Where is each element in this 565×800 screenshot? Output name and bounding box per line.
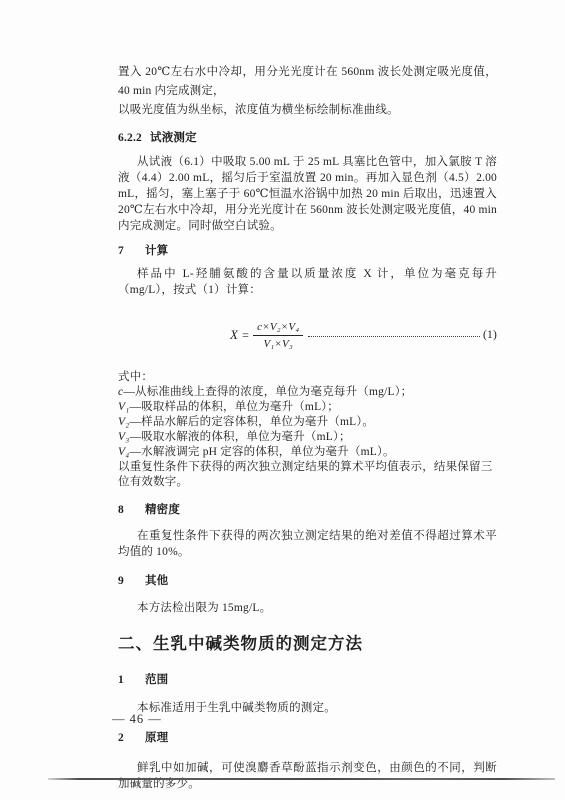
variable-term: V₁ <box>118 401 129 413</box>
heading-7: 7计算 <box>118 243 497 259</box>
continuation-line-2: 以吸光度值为纵坐标，浓度值为横坐标绘制标准曲线。 <box>118 101 497 120</box>
heading-9: 9其他 <box>118 573 497 589</box>
document-content: 置入 20℃左右水中冷却，用分光光度计在 560nm 波长处测定吸光度值，40 … <box>118 63 497 792</box>
variable-term: V₃ <box>118 431 129 443</box>
heading-number: 2 <box>118 730 124 746</box>
heading-title: 计算 <box>145 245 168 257</box>
variable-term: V₄ <box>118 446 129 458</box>
variable-line: V₄—水解液调完 pH 定容的体积，单位为毫升（mL）。 <box>118 445 497 460</box>
variable-line: V₁—吸取样品的体积，单位为毫升（mL）； <box>118 400 497 415</box>
variable-desc: —样品水解后的定容体积，单位为毫升（mL）。 <box>129 416 374 428</box>
variable-line: V₂—样品水解后的定容体积，单位为毫升（mL）。 <box>118 415 497 430</box>
paragraph-9: 本方法检出限为 15mg/L。 <box>118 600 497 616</box>
paragraph-6-2-2: 从试液（6.1）中吸取 5.00 mL 于 25 mL 具塞比色管中，加入氯胺 … <box>118 154 497 234</box>
paragraph-8: 在重复性条件下获得的两次独立测定结果的绝对差值不得超过算术平均值的 10%。 <box>118 528 497 560</box>
heading-title: 原理 <box>145 732 168 744</box>
heading-number: 9 <box>118 573 124 589</box>
page-number: — 46 — <box>112 712 162 727</box>
continuation-line-1: 置入 20℃左右水中冷却，用分光光度计在 560nm 波长处测定吸光度值，40 … <box>118 63 497 101</box>
formula-equals: = <box>242 327 249 343</box>
part-2-title: 二、生乳中碱类物质的测定方法 <box>118 632 497 656</box>
heading-part2-2: 2原理 <box>118 730 497 746</box>
variable-desc: —水解液调完 pH 定容的体积，单位为毫升（mL）。 <box>129 446 394 458</box>
variable-line: c—从标准曲线上查得的浓度，单位为毫克每升（mg/L）； <box>118 385 497 400</box>
variable-desc: —吸取水解液的体积，单位为毫升（mL）； <box>129 431 350 443</box>
result-note: 以重复性条件下获得的两次独立测定结果的算术平均值表示，结果保留三位有效数字。 <box>118 460 497 490</box>
dotted-leader <box>308 336 480 337</box>
heading-part2-1: 1范围 <box>118 672 497 688</box>
formula-1: X = c×V₂×V₄ V₁×V₃ (1) <box>118 316 497 354</box>
variable-desc: —吸取样品的体积，单位为毫升（mL）； <box>129 401 339 413</box>
heading-title: 试液测定 <box>150 132 197 144</box>
variable-desc: —从标准曲线上查得的浓度，单位为毫克每升（mg/L）； <box>123 386 412 398</box>
heading-number: 7 <box>118 243 124 259</box>
scan-artifact-line <box>48 778 555 780</box>
heading-number: 6.2.2 <box>118 130 142 146</box>
where-label: 式中： <box>118 370 497 385</box>
formula-denominator: V₁×V₃ <box>253 336 303 351</box>
formula-fraction: c×V₂×V₄ V₁×V₃ <box>253 320 303 351</box>
heading-8: 8精密度 <box>118 502 497 518</box>
paragraph-7: 样品中 L-羟脯氨酸的含量以质量浓度 X 计，单位为毫克每升（mg/L），按式（… <box>118 266 497 298</box>
variable-term: V₂ <box>118 416 129 428</box>
heading-number: 8 <box>118 502 124 518</box>
heading-title: 其他 <box>145 575 168 587</box>
heading-title: 范围 <box>145 674 168 686</box>
scanned-document-page: 置入 20℃左右水中冷却，用分光光度计在 560nm 波长处测定吸光度值，40 … <box>0 0 565 800</box>
formula-number: (1) <box>483 327 497 343</box>
formula-numerator: c×V₂×V₄ <box>253 320 303 336</box>
formula-legend: 式中： c—从标准曲线上查得的浓度，单位为毫克每升（mg/L）； V₁—吸取样品… <box>118 370 497 490</box>
paragraph-part2-1: 本标准适用于生乳中碱类物质的测定。 <box>118 700 497 716</box>
heading-title: 精密度 <box>145 504 180 516</box>
heading-6-2-2: 6.2.2试液测定 <box>118 130 497 146</box>
heading-number: 1 <box>118 672 124 688</box>
variable-line: V₃—吸取水解液的体积，单位为毫升（mL）； <box>118 430 497 445</box>
formula-lhs: X <box>230 327 238 343</box>
paragraph-part2-2: 鲜乳中如加碱，可使溴麝香草酚蓝指示剂变色，由颜色的不同，判断加碱量的多少。 <box>118 760 497 792</box>
